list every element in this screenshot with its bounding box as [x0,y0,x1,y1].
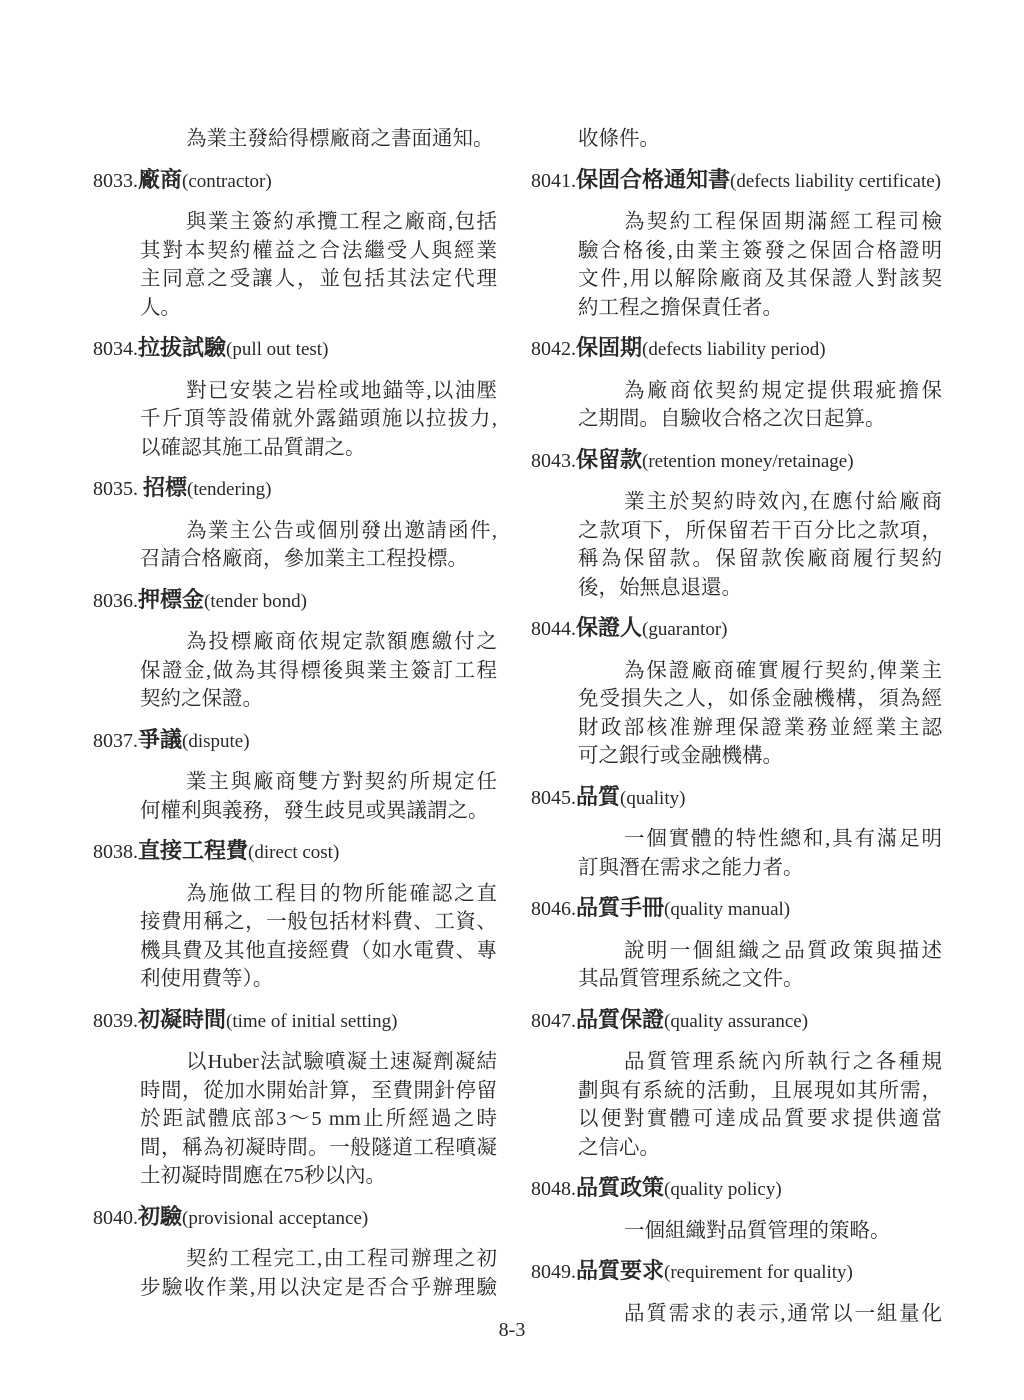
entry-english: (provisional acceptance) [182,1208,368,1229]
definition-line: 以便對實體可達成品質要求提供適當 [578,1105,942,1134]
entry-english: (quality) [620,788,685,809]
definition-line: 可之銀行或金融機構。 [578,742,942,771]
definition-line: 以確認其施工品質謂之。 [140,434,497,463]
definition-line: 以Huber法試驗噴凝土速凝劑凝結 [140,1048,497,1077]
definition-line: 間，稱為初凝時間。一般隧道工程噴凝 [140,1134,497,1163]
definition-line: 千斤頂等設備就外露錨頭施以拉拔力, [140,405,497,434]
entry-heading: 8049.品質要求(requirement for quality) [531,1257,942,1288]
glossary-entry: 8034.拉拔試驗(pull out test) 對已安裝之岩栓或地錨等,以油壓… [93,334,497,462]
entry-definition: 為保證廠商確實履行契約,俾業主 免受損失之人，如係金融機構，須為經 財政部核准辦… [531,657,942,771]
definition-line: 為業主公告或個別發出邀請函件, [140,517,497,546]
entry-english: (guarantor) [642,619,727,640]
entry-definition: 為廠商依契約規定提供瑕疵擔保 之期間。自驗收合格之次日起算。 [531,377,942,434]
definition-line: 其品質管理系統之文件。 [578,965,942,994]
entry-term: 品質 [576,784,620,809]
definition-line: 主同意之受讓人，並包括其法定代理 [140,265,497,294]
definition-line: 業主與廠商雙方對契約所規定任 [140,768,497,797]
definition-line: 契約工程完工,由工程司辦理之初 [140,1245,497,1274]
entry-definition: 說明一個組織之品質政策與描述 其品質管理系統之文件。 [531,937,942,994]
definition-line: 為保證廠商確實履行契約,俾業主 [578,657,942,686]
entry-number: 8049. [531,1261,576,1283]
glossary-entry: 8048.品質政策(quality policy) 一個組織對品質管理的策略。 [531,1174,942,1245]
definition-line: 接費用稱之，一般包括材料費、工資、 [140,908,497,937]
entry-number: 8047. [531,1010,576,1032]
entry-english: (quality assurance) [664,1011,808,1032]
entry-english: (requirement for quality) [664,1262,853,1283]
entry-heading: 8033.廠商(contractor) [93,166,497,197]
glossary-entry: 8036.押標金(tender bond) 為投標廠商依規定款額應繳付之 保證金… [93,586,497,714]
entry-english: (retention money/retainage) [642,451,854,472]
definition-line: 時間，從加水開始計算，至費開針停留 [140,1077,497,1106]
entry-english: (defects liability period) [642,339,826,360]
glossary-entry: 8042.保固期(defects liability period) 為廠商依契… [531,334,942,434]
definition-line: 步驗收作業,用以決定是否合乎辦理驗 [140,1274,497,1303]
column-left: 為業主發給得標廠商之書面通知。 8033.廠商(contractor) 與業主簽… [93,125,497,1302]
entry-heading: 8048.品質政策(quality policy) [531,1174,942,1205]
entry-definition: 為施做工程目的物所能確認之直 接費用稱之，一般包括材料費、工資、 機具費及其他直… [93,880,497,994]
entry-heading: 8043.保留款(retention money/retainage) [531,446,942,477]
definition-line: 為施做工程目的物所能確認之直 [140,880,497,909]
definition-line: 業主於契約時效內,在應付給廠商 [578,488,942,517]
glossary-entry: 8040.初驗(provisional acceptance) 契約工程完工,由… [93,1203,497,1303]
entry-number: 8035. [93,478,143,500]
definition-line: 一個實體的特性總和,具有滿足明 [578,825,942,854]
definition-line: 為投標廠商依規定款額應繳付之 [140,628,497,657]
entry-term: 初凝時間 [138,1007,226,1032]
definition-line: 品質管理系統內所執行之各種規 [578,1048,942,1077]
entry-definition: 對已安裝之岩栓或地錨等,以油壓 千斤頂等設備就外露錨頭施以拉拔力, 以確認其施工… [93,377,497,463]
entry-english: (time of initial setting) [226,1011,398,1032]
entry-number: 8044. [531,618,576,640]
entry-heading: 8039.初凝時間(time of initial setting) [93,1006,497,1037]
entry-heading: 8038.直接工程費(direct cost) [93,837,497,868]
entry-heading: 8041.保固合格通知書(defects liability certifica… [531,166,942,197]
definition-line: 約工程之擔保責任者。 [578,294,942,323]
definition-line: 後，始無息退還。 [578,574,942,603]
entry-english: (tendering) [187,479,271,500]
glossary-entry: 8038.直接工程費(direct cost) 為施做工程目的物所能確認之直 接… [93,837,497,994]
entry-english: (dispute) [182,731,250,752]
definition-line: 對已安裝之岩栓或地錨等,以油壓 [140,377,497,406]
entry-number: 8041. [531,170,576,192]
definition-line: 契約之保證。 [140,685,497,714]
entry-term: 保固期 [576,335,642,360]
continuation-paragraph: 為業主發給得標廠商之書面通知。 [93,125,497,154]
definition-line: 為廠商依契約規定提供瑕疵擔保 [578,377,942,406]
definition-line: 稱為保留款。保留款俟廠商履行契約 [578,545,942,574]
entry-number: 8037. [93,730,138,752]
entry-definition: 為投標廠商依規定款額應繳付之 保證金,做為其得標後與業主簽訂工程 契約之保證。 [93,628,497,714]
definition-line: 保證金,做為其得標後與業主簽訂工程 [140,657,497,686]
entry-term: 押標金 [138,587,204,612]
entry-heading: 8036.押標金(tender bond) [93,586,497,617]
glossary-entry: 8033.廠商(contractor) 與業主簽約承攬工程之廠商,包括 其對本契… [93,166,497,323]
column-right: 收條件。 8041.保固合格通知書(defects liability cert… [531,125,942,1328]
entry-heading: 8045.品質(quality) [531,783,942,814]
entry-term: 保留款 [576,447,642,472]
entry-number: 8039. [93,1010,138,1032]
entry-number: 8046. [531,898,576,920]
entry-definition: 以Huber法試驗噴凝土速凝劑凝結 時間，從加水開始計算，至費開針停留 於距試體… [93,1048,497,1191]
entry-number: 8036. [93,590,138,612]
entry-english: (quality policy) [664,1179,782,1200]
glossary-entry: 8041.保固合格通知書(defects liability certifica… [531,166,942,323]
definition-line: 為契約工程保固期滿經工程司檢 [578,208,942,237]
glossary-entry: 8045.品質(quality) 一個實體的特性總和,具有滿足明 訂與潛在需求之… [531,783,942,883]
definition-line: 劃與有系統的活動，且展現如其所需， [578,1077,942,1106]
entry-english: (direct cost) [248,842,339,863]
entry-number: 8038. [93,841,138,863]
entry-definition: 業主與廠商雙方對契約所規定任 何權利與義務，發生歧見或異議謂之。 [93,768,497,825]
entry-definition: 一個實體的特性總和,具有滿足明 訂與潛在需求之能力者。 [531,825,942,882]
document-page: 為業主發給得標廠商之書面通知。 8033.廠商(contractor) 與業主簽… [0,0,1024,1400]
entry-definition: 為契約工程保固期滿經工程司檢 驗合格後,由業主簽發之保固合格證明 文件,用以解除… [531,208,942,322]
entry-heading: 8044.保證人(guarantor) [531,614,942,645]
definition-line: 人。 [140,294,497,323]
entry-english: (contractor) [182,171,272,192]
entry-term: 爭議 [138,727,182,752]
entry-term: 保固合格通知書 [576,167,730,192]
definition-line: 與業主簽約承攬工程之廠商,包括 [140,208,497,237]
entry-definition: 一個組織對品質管理的策略。 [531,1217,942,1246]
entry-number: 8040. [93,1207,138,1229]
entry-definition: 業主於契約時效內,在應付給廠商 之款項下，所保留若干百分比之款項， 稱為保留款。… [531,488,942,602]
definition-line: 其對本契約權益之合法繼受人與經業 [140,237,497,266]
entry-term: 品質手冊 [576,895,664,920]
page-number: 8-3 [0,1316,1024,1344]
entry-definition: 與業主簽約承攬工程之廠商,包括 其對本契約權益之合法繼受人與經業 主同意之受讓人… [93,208,497,322]
entry-term: 廠商 [138,167,182,192]
entry-term: 品質要求 [576,1258,664,1283]
definition-line: 免受損失之人，如係金融機構，須為經 [578,685,942,714]
definition-line: 機具費及其他直接經費（如水電費、專 [140,937,497,966]
entry-number: 8048. [531,1178,576,1200]
definition-line: 於距試體底部3～5 mm止所經過之時 [140,1105,497,1134]
continuation-paragraph: 收條件。 [531,125,942,154]
definition-line: 收條件。 [578,125,942,154]
entry-heading: 8047.品質保證(quality assurance) [531,1006,942,1037]
entry-heading: 8034.拉拔試驗(pull out test) [93,334,497,365]
entry-english: (quality manual) [664,899,790,920]
definition-line: 訂與潛在需求之能力者。 [578,854,942,883]
entry-number: 8043. [531,450,576,472]
definition-line: 說明一個組織之品質政策與描述 [578,937,942,966]
definition-line: 一個組織對品質管理的策略。 [578,1217,942,1246]
definition-line: 之期間。自驗收合格之次日起算。 [578,405,942,434]
glossary-entry: 8037.爭議(dispute) 業主與廠商雙方對契約所規定任 何權利與義務，發… [93,726,497,826]
entry-term: 保證人 [576,615,642,640]
glossary-entry: 8044.保證人(guarantor) 為保證廠商確實履行契約,俾業主 免受損失… [531,614,942,771]
glossary-entry: 8035. 招標(tendering) 為業主公告或個別發出邀請函件, 召請合格… [93,474,497,574]
entry-number: 8042. [531,338,576,360]
entry-english: (pull out test) [226,339,328,360]
definition-line: 文件,用以解除廠商及其保證人對該契 [578,265,942,294]
glossary-entry: 8047.品質保證(quality assurance) 品質管理系統內所執行之… [531,1006,942,1163]
entry-term: 拉拔試驗 [138,335,226,360]
entry-term: 品質政策 [576,1175,664,1200]
entry-english: (defects liability certificate) [730,171,941,192]
entry-heading: 8037.爭議(dispute) [93,726,497,757]
entry-number: 8045. [531,787,576,809]
definition-line: 利使用費等）。 [140,965,497,994]
entry-heading: 8046.品質手冊(quality manual) [531,894,942,925]
entry-term: 品質保證 [576,1007,664,1032]
entry-english: (tender bond) [204,591,307,612]
entry-definition: 為業主公告或個別發出邀請函件, 召請合格廠商，參加業主工程投標。 [93,517,497,574]
definition-line: 土初凝時間應在75秒以內。 [140,1162,497,1191]
definition-line: 之款項下，所保留若干百分比之款項， [578,517,942,546]
entry-term: 招標 [143,475,187,500]
definition-line: 之信心。 [578,1134,942,1163]
glossary-entry: 8039.初凝時間(time of initial setting) 以Hube… [93,1006,497,1191]
entry-definition: 契約工程完工,由工程司辦理之初 步驗收作業,用以決定是否合乎辦理驗 [93,1245,497,1302]
entry-number: 8033. [93,170,138,192]
entry-heading: 8042.保固期(defects liability period) [531,334,942,365]
definition-line: 召請合格廠商，參加業主工程投標。 [140,545,497,574]
entry-term: 直接工程費 [138,838,248,863]
entry-heading: 8035. 招標(tendering) [93,474,497,505]
glossary-entry: 8046.品質手冊(quality manual) 說明一個組織之品質政策與描述… [531,894,942,994]
definition-line: 驗合格後,由業主簽發之保固合格證明 [578,237,942,266]
entry-term: 初驗 [138,1204,182,1229]
entry-definition: 品質管理系統內所執行之各種規 劃與有系統的活動，且展現如其所需， 以便對實體可達… [531,1048,942,1162]
definition-line: 何權利與義務，發生歧見或異議謂之。 [140,797,497,826]
definition-line: 財政部核准辦理保證業務並經業主認 [578,714,942,743]
definition-line: 為業主發給得標廠商之書面通知。 [140,125,497,154]
entry-number: 8034. [93,338,138,360]
glossary-entry: 8043.保留款(retention money/retainage) 業主於契… [531,446,942,603]
entry-heading: 8040.初驗(provisional acceptance) [93,1203,497,1234]
